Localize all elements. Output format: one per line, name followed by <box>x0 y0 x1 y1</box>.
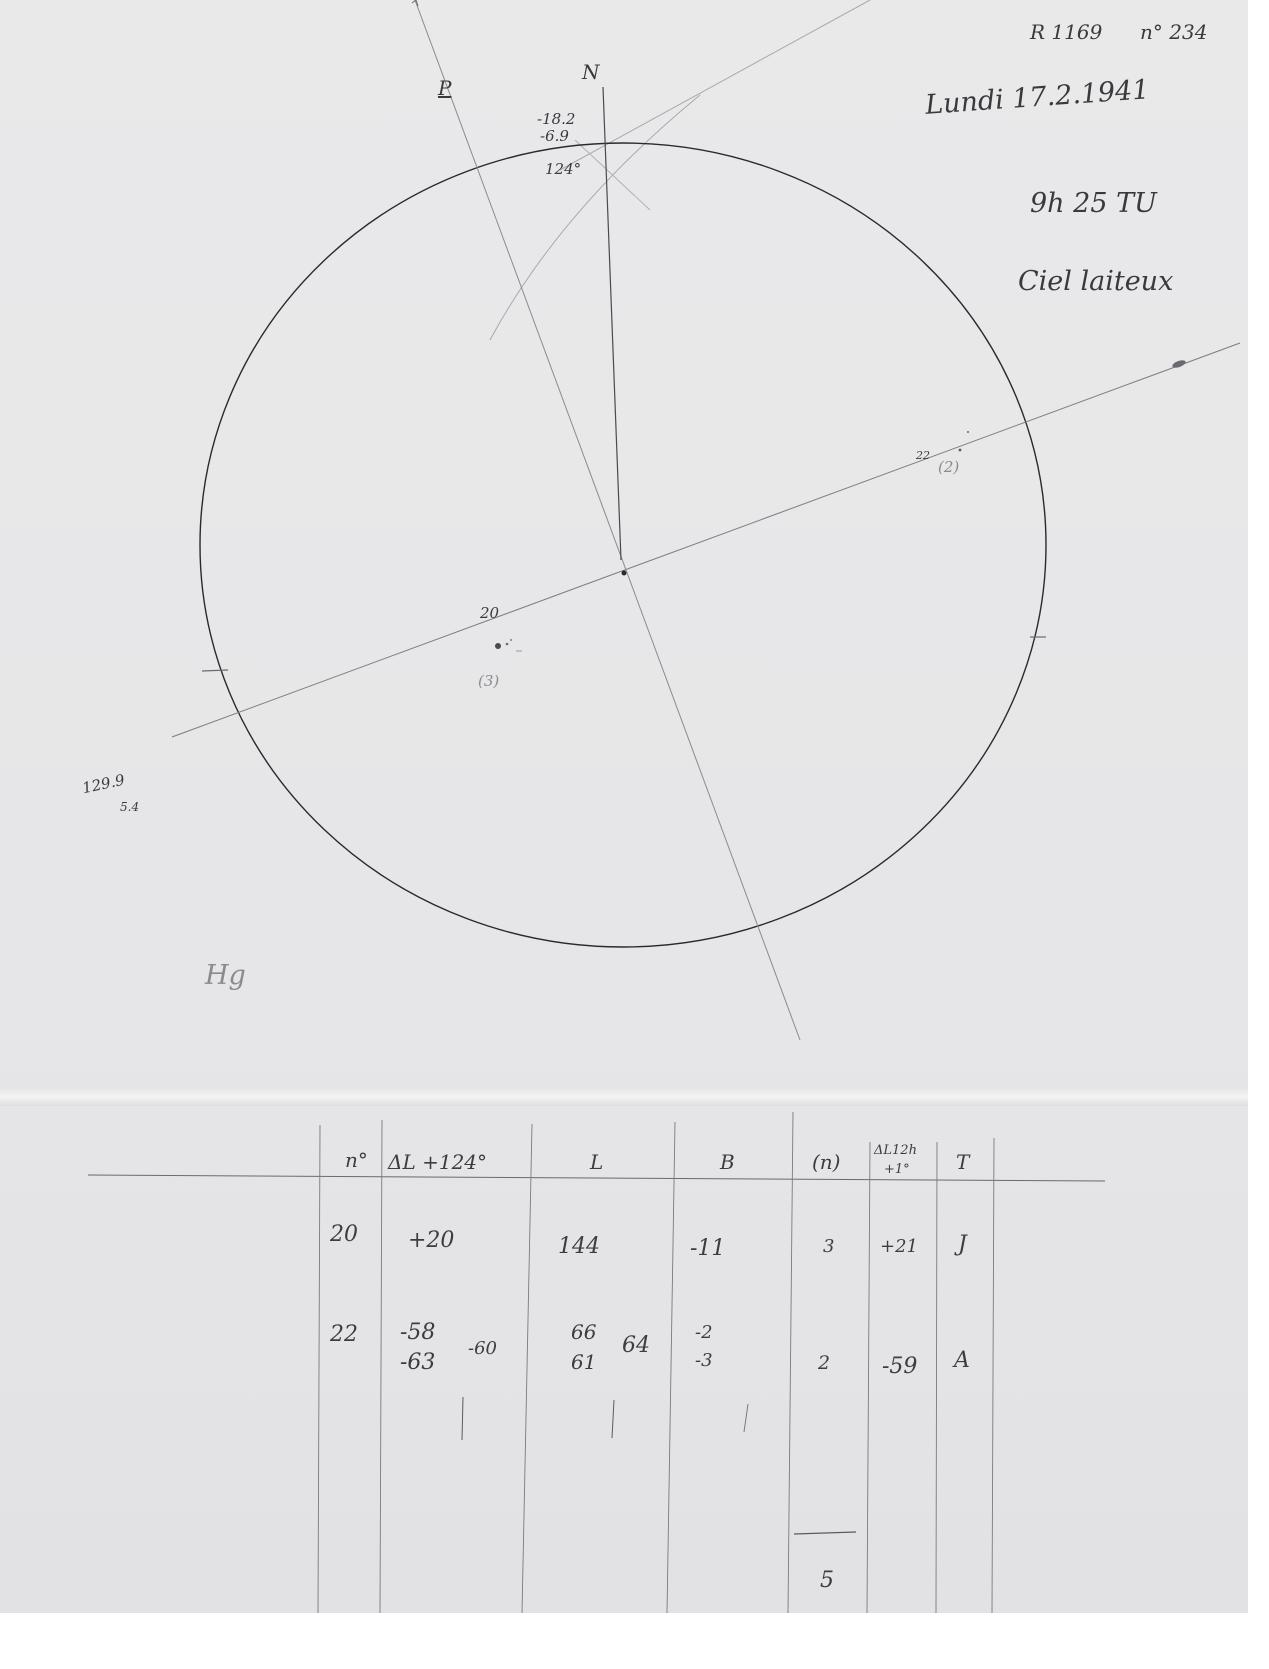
cell-l: 144 <box>558 1234 600 1259</box>
pole-label: P <box>438 76 451 100</box>
cell-type: J <box>958 1232 967 1257</box>
sunspot <box>967 431 969 433</box>
table-column-rule <box>936 1142 937 1613</box>
construction-line <box>575 140 650 210</box>
solar-disk-drawing <box>0 0 1269 1669</box>
cell-l: 66 <box>571 1320 596 1344</box>
cell-number: 20 <box>330 1222 358 1247</box>
mean-bracket <box>462 1397 463 1440</box>
angle-p: -18.2 <box>537 110 575 128</box>
cell-l: 61 <box>571 1350 596 1374</box>
construction-line <box>560 0 870 170</box>
col-header-dl12-bottom: +1° <box>884 1162 910 1177</box>
observer-initials: Hg <box>205 960 246 991</box>
mean-bracket <box>612 1400 614 1438</box>
sunspot <box>506 643 509 646</box>
cell-b: -3 <box>695 1350 713 1371</box>
plate-ref: R 1169 <box>1030 20 1102 44</box>
north-label: N <box>582 60 600 84</box>
table-column-rule <box>788 1112 793 1613</box>
construction-arc <box>490 95 700 340</box>
group-count: (2) <box>938 458 959 476</box>
table-column-rule <box>867 1142 870 1613</box>
sunspot <box>959 449 962 452</box>
tick-mark <box>202 670 228 671</box>
pole-axis-line <box>415 0 800 1040</box>
group-count: (3) <box>478 672 499 690</box>
sunspot <box>495 643 501 649</box>
cell-dl12: +21 <box>880 1236 918 1257</box>
sky-condition: Ciel laiteux <box>1018 266 1173 297</box>
cell-dl12: -59 <box>882 1354 917 1379</box>
total-count: 5 <box>820 1568 834 1593</box>
disk-center-dot <box>622 571 627 576</box>
cell-count: 3 <box>823 1236 834 1257</box>
table-column-rule <box>318 1125 320 1613</box>
cell-l-mean: 64 <box>622 1333 650 1358</box>
equator-line <box>172 343 1240 737</box>
table-header-rule <box>88 1175 1105 1181</box>
cell-b: -11 <box>690 1236 725 1261</box>
table-column-rule <box>380 1120 382 1613</box>
cell-delta-l: +20 <box>408 1228 454 1253</box>
mean-bracket <box>744 1404 748 1432</box>
cell-number: 22 <box>330 1322 358 1347</box>
col-header-number: n° <box>345 1148 368 1172</box>
cell-b: -2 <box>695 1322 713 1343</box>
cell-count: 2 <box>818 1352 830 1374</box>
group-number: 22 <box>916 449 930 462</box>
plate-number: n° 234 <box>1140 20 1207 44</box>
cell-type: A <box>954 1348 970 1373</box>
north-line <box>603 87 621 560</box>
table-column-rule <box>992 1138 994 1613</box>
cell-delta-l: -63 <box>400 1350 435 1375</box>
group-number: 20 <box>480 604 499 622</box>
angle-l0: 124° <box>545 160 581 178</box>
observation-time: 9h 25 TU <box>1030 188 1157 219</box>
cell-delta-l-mean: -60 <box>468 1338 497 1359</box>
col-header-dl12-top: ΔL12h <box>874 1143 917 1158</box>
col-header-b: B <box>720 1150 735 1174</box>
col-header-count: (n) <box>812 1150 841 1174</box>
sunspot <box>510 639 512 641</box>
table-column-rule <box>522 1124 532 1613</box>
col-header-l: L <box>590 1150 603 1174</box>
col-header-delta-l: ΔL +124° <box>388 1150 487 1174</box>
table-column-rule <box>667 1122 675 1613</box>
sum-rule <box>794 1532 856 1534</box>
margin-subvalue: 5.4 <box>120 800 139 814</box>
col-header-type: T <box>956 1150 969 1174</box>
angle-b0: -6.9 <box>540 127 569 145</box>
cell-delta-l: -58 <box>400 1320 435 1345</box>
solar-disk-circle <box>200 143 1046 947</box>
